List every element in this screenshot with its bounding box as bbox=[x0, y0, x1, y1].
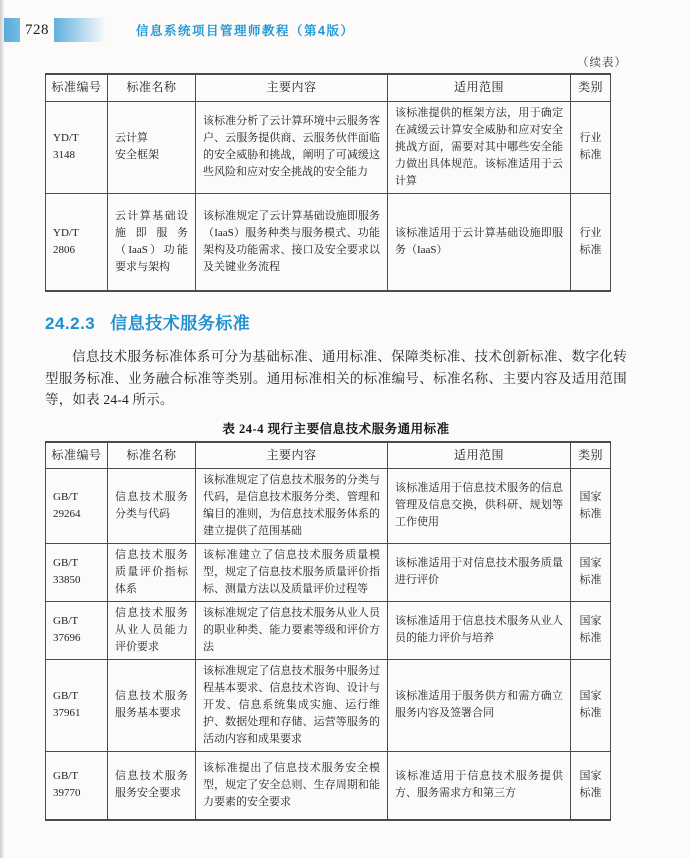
category-cell: 国家 标准 bbox=[571, 601, 611, 659]
main-content-cell: 该标准规定了信息技术服务中服务过程基本要求、信息技术咨询、设计与开发、信息系统集… bbox=[196, 659, 388, 751]
table-row: YD/T 3148 云计算 安全框架 该标准分析了云计算环境中云服务客户、云服务… bbox=[46, 101, 611, 193]
scope-cell: 该标准适用于服务供方和需方确立服务内容及签署合同 bbox=[388, 659, 571, 751]
column-header-name: 标准名称 bbox=[108, 74, 196, 101]
standard-name-cell: 信息技术服务从业人员能力评价要求 bbox=[108, 601, 196, 659]
column-header-category: 类别 bbox=[571, 442, 611, 469]
column-header-content: 主要内容 bbox=[196, 442, 388, 469]
column-header-content: 主要内容 bbox=[196, 74, 388, 101]
standard-name-cell: 云计算基础设施即服务（IaaS）功能要求与架构 bbox=[108, 193, 196, 291]
standard-name-cell: 信息技术服务服务安全要求 bbox=[108, 751, 196, 820]
standard-code-cell: GB/T 29264 bbox=[46, 468, 108, 543]
section-title: 信息技术服务标准 bbox=[110, 314, 250, 333]
main-content-cell: 该标准规定了信息技术服务的分类与代码，是信息技术服务分类、管理和编目的准则，为信… bbox=[196, 468, 388, 543]
book-title: 信息系统项目管理师教程（第4版） bbox=[136, 21, 354, 39]
standard-name-cell: 信息技术服务质量评价指标体系 bbox=[108, 543, 196, 601]
scope-cell: 该标准适用于云计算基础设施即服务（IaaS） bbox=[388, 193, 571, 291]
main-content-cell: 该标准规定了信息技术服务从业人员的职业种类、能力要素等级和评价方法 bbox=[196, 601, 388, 659]
table-row: GB/T 33850 信息技术服务质量评价指标体系 该标准建立了信息技术服务质量… bbox=[46, 543, 611, 601]
standard-name-cell: 信息技术服务服务基本要求 bbox=[108, 659, 196, 751]
scope-cell: 该标准适用于信息技术服务提供方、服务需求方和第三方 bbox=[388, 751, 571, 820]
category-cell: 行业 标准 bbox=[571, 193, 611, 291]
category-cell: 国家 标准 bbox=[571, 468, 611, 543]
standard-code-cell: GB/T 39770 bbox=[46, 751, 108, 820]
category-cell: 国家 标准 bbox=[571, 543, 611, 601]
category-cell: 行业 标准 bbox=[571, 101, 611, 193]
table-header-row: 标准编号 标准名称 主要内容 适用范围 类别 bbox=[46, 74, 611, 101]
header-accent-bar bbox=[54, 18, 106, 42]
book-page: 728 信息系统项目管理师教程（第4版） （续表） 标准编号 标准名称 主要内容… bbox=[0, 0, 690, 858]
column-header-scope: 适用范围 bbox=[388, 442, 571, 469]
scope-cell: 该标准适用于信息技术服务的信息管理及信息交换，供科研、规划等工作使用 bbox=[388, 468, 571, 543]
column-header-code: 标准编号 bbox=[46, 442, 108, 469]
cloud-computing-standards-table: 标准编号 标准名称 主要内容 适用范围 类别 YD/T 3148 云计算 安全框… bbox=[45, 73, 611, 292]
table-row: GB/T 37961 信息技术服务服务基本要求 该标准规定了信息技术服务中服务过… bbox=[46, 659, 611, 751]
main-content-cell: 该标准建立了信息技术服务质量模型，规定了信息技术服务质量评价指标、测量方法以及质… bbox=[196, 543, 388, 601]
column-header-code: 标准编号 bbox=[46, 74, 108, 101]
page-number: 728 bbox=[20, 22, 54, 39]
table-caption: 表 24-4 现行主要信息技术服务通用标准 bbox=[45, 419, 627, 437]
standard-code-cell: YD/T 2806 bbox=[46, 193, 108, 291]
standard-code-cell: GB/T 37696 bbox=[46, 601, 108, 659]
category-cell: 国家 标准 bbox=[571, 751, 611, 820]
main-content-cell: 该标准分析了云计算环境中云服务客户、云服务提供商、云服务伙伴面临的安全威胁和挑战… bbox=[196, 101, 388, 193]
scope-cell: 该标准适用于信息技术服务从业人员的能力评价与培养 bbox=[388, 601, 571, 659]
standard-code-cell: GB/T 37961 bbox=[46, 659, 108, 751]
scope-cell: 该标准提供的框架方法，用于确定在减缓云计算安全威胁和应对安全挑战方面，需要对其中… bbox=[388, 101, 571, 193]
main-content-cell: 该标准规定了云计算基础设施即服务（IaaS）服务种类与服务模式、功能架构及功能需… bbox=[196, 193, 388, 291]
column-header-scope: 适用范围 bbox=[388, 74, 571, 101]
table-row: GB/T 37696 信息技术服务从业人员能力评价要求 该标准规定了信息技术服务… bbox=[46, 601, 611, 659]
standard-name-cell: 信息技术服务分类与代码 bbox=[108, 468, 196, 543]
running-header: 728 信息系统项目管理师教程（第4版） bbox=[0, 18, 690, 42]
table-header-row: 标准编号 标准名称 主要内容 适用范围 类别 bbox=[46, 442, 611, 469]
column-header-category: 类别 bbox=[571, 74, 611, 101]
table-row: GB/T 29264 信息技术服务分类与代码 该标准规定了信息技术服务的分类与代… bbox=[46, 468, 611, 543]
section-heading: 24.2.3信息技术服务标准 bbox=[45, 309, 627, 334]
scope-cell: 该标准适用于对信息技术服务质量进行评价 bbox=[388, 543, 571, 601]
column-header-name: 标准名称 bbox=[108, 442, 196, 469]
table-row: GB/T 39770 信息技术服务服务安全要求 该标准提出了信息技术服务安全模型… bbox=[46, 751, 611, 820]
table-row: YD/T 2806 云计算基础设施即服务（IaaS）功能要求与架构 该标准规定了… bbox=[46, 193, 611, 291]
standard-code-cell: YD/T 3148 bbox=[46, 101, 108, 193]
page-binding-edge bbox=[0, 0, 4, 858]
standard-name-cell: 云计算 安全框架 bbox=[108, 101, 196, 193]
body-paragraph: 信息技术服务标准体系可分为基础标准、通用标准、保障类标准、技术创新标准、数字化转… bbox=[45, 346, 627, 411]
page-content: （续表） 标准编号 标准名称 主要内容 适用范围 类别 YD/T 3148 云计… bbox=[0, 54, 690, 821]
standard-code-cell: GB/T 33850 bbox=[46, 543, 108, 601]
main-content-cell: 该标准提出了信息技术服务安全模型，规定了安全总则、生存周期和能力要素的安全要求 bbox=[196, 751, 388, 820]
continued-table-note: （续表） bbox=[45, 54, 627, 70]
category-cell: 国家 标准 bbox=[571, 659, 611, 751]
it-service-standards-table: 标准编号 标准名称 主要内容 适用范围 类别 GB/T 29264 信息技术服务… bbox=[45, 441, 611, 822]
section-number: 24.2.3 bbox=[45, 314, 95, 333]
